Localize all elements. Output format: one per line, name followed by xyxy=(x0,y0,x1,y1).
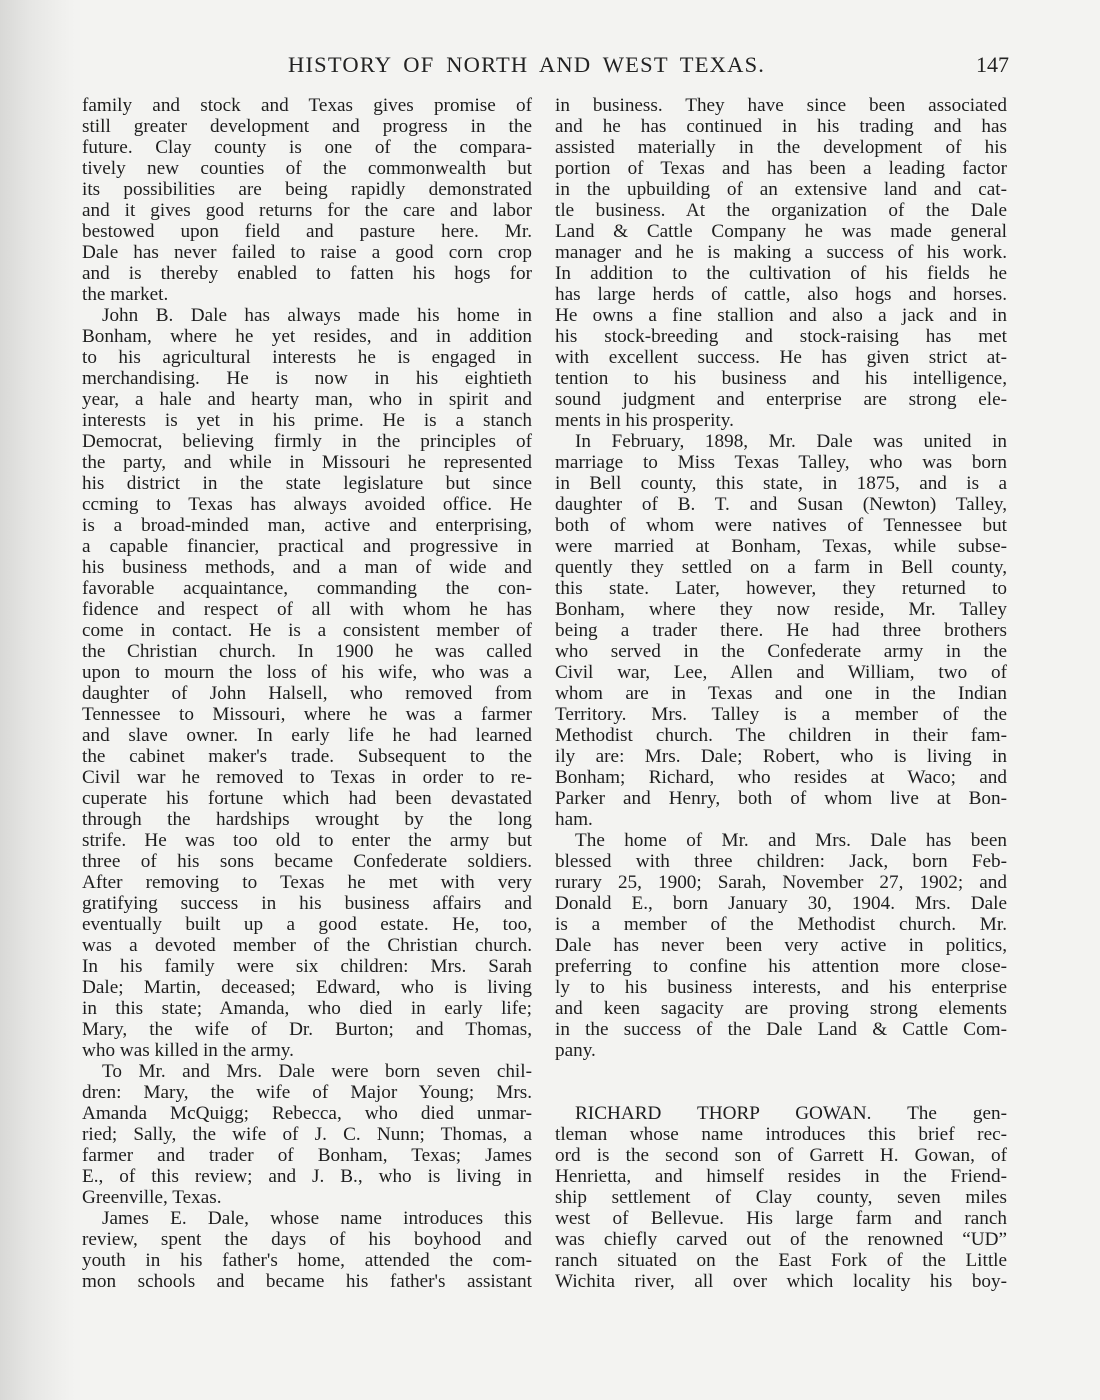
text-line: three of his sons became Confederate sol… xyxy=(82,851,532,872)
text-line: was a devoted member of the Christian ch… xyxy=(82,935,532,956)
left-column: family and stock and Texas gives promise… xyxy=(82,95,532,1292)
text-line: in business. They have since been associ… xyxy=(555,95,1007,116)
text-line: ranch situated on the East Fork of the L… xyxy=(555,1250,1007,1271)
text-line: In February, 1898, Mr. Dale was united i… xyxy=(555,431,1007,452)
text-line: the market. xyxy=(82,284,532,305)
text-line: the party, and while in Missouri he repr… xyxy=(82,452,532,473)
text-line: ham. xyxy=(555,809,1007,830)
text-line: fidence and respect of all with whom he … xyxy=(82,599,532,620)
text-line: Henrietta, and himself resides in the Fr… xyxy=(555,1166,1007,1187)
text-line: were married at Bonham, Texas, while sub… xyxy=(555,536,1007,557)
dale-biography-continued: in business. They have since been associ… xyxy=(555,95,1007,1061)
text-line: and is thereby enabled to fatten his hog… xyxy=(82,263,532,284)
text-line: ried; Sally, the wife of J. C. Nunn; Tho… xyxy=(82,1124,532,1145)
text-line: Dale has never failed to raise a good co… xyxy=(82,242,532,263)
text-line: interests is yet in his prime. He is a s… xyxy=(82,410,532,431)
text-line: quently they settled on a farm in Bell c… xyxy=(555,557,1007,578)
text-line: After removing to Texas he met with very xyxy=(82,872,532,893)
text-line: Dale has never been very active in polit… xyxy=(555,935,1007,956)
right-column: in business. They have since been associ… xyxy=(555,95,1007,1292)
text-line: sound judgment and enterprise are strong… xyxy=(555,389,1007,410)
text-line: Bonham, where they now reside, Mr. Talle… xyxy=(555,599,1007,620)
text-line: dren: Mary, the wife of Major Young; Mrs… xyxy=(82,1082,532,1103)
text-line: ccming to Texas has always avoided offic… xyxy=(82,494,532,515)
text-line: his district in the state legislature bu… xyxy=(82,473,532,494)
text-line: strife. He was too old to enter the army… xyxy=(82,830,532,851)
text-line: family and stock and Texas gives promise… xyxy=(82,95,532,116)
text-line: Tennessee to Missouri, where he was a fa… xyxy=(82,704,532,725)
text-line: Methodist church. The children in their … xyxy=(555,725,1007,746)
text-line: come in contact. He is a consistent memb… xyxy=(82,620,532,641)
text-line: its possibilities are being rapidly demo… xyxy=(82,179,532,200)
text-line: rurary 25, 1900; Sarah, November 27, 190… xyxy=(555,872,1007,893)
text-line: ord is the second son of Garrett H. Gowa… xyxy=(555,1145,1007,1166)
section-break xyxy=(555,1061,1007,1103)
text-line: Greenville, Texas. xyxy=(82,1187,532,1208)
text-line: Wichita river, all over which locality h… xyxy=(555,1271,1007,1292)
text-line: and keen sagacity are proving strong ele… xyxy=(555,998,1007,1019)
text-line: the cabinet maker's trade. Subsequent to… xyxy=(82,746,532,767)
page-number: 147 xyxy=(976,52,1009,78)
text-line: in Bell county, this state, in 1875, and… xyxy=(555,473,1007,494)
text-line: review, spent the days of his boyhood an… xyxy=(82,1229,532,1250)
text-line: eventually built up a good estate. He, t… xyxy=(82,914,532,935)
text-line: bestowed upon field and pasture here. Mr… xyxy=(82,221,532,242)
text-line: mon schools and became his father's assi… xyxy=(82,1271,532,1292)
running-head: HISTORY OF NORTH AND WEST TEXAS. xyxy=(288,52,765,78)
text-line: Amanda McQuigg; Rebecca, who died unmar- xyxy=(82,1103,532,1124)
text-line: RICHARD THORP GOWAN. The gen- xyxy=(555,1103,1007,1124)
text-line: Dale; Martin, deceased; Edward, who is l… xyxy=(82,977,532,998)
text-line: with excellent success. He has given str… xyxy=(555,347,1007,368)
text-line: his business methods, and a man of wide … xyxy=(82,557,532,578)
text-line: Democrat, believing firmly in the princi… xyxy=(82,431,532,452)
scan-gutter-shadow xyxy=(0,0,75,1400)
text-line: to his agricultural interests he is enga… xyxy=(82,347,532,368)
text-line: his stock-breeding and stock-raising has… xyxy=(555,326,1007,347)
text-line: upon to mourn the loss of his wife, who … xyxy=(82,662,532,683)
text-line: Mary, the wife of Dr. Burton; and Thomas… xyxy=(82,1019,532,1040)
text-line: future. Clay county is one of the compar… xyxy=(82,137,532,158)
text-line: in the upbuilding of an extensive land a… xyxy=(555,179,1007,200)
text-line: in the success of the Dale Land & Cattle… xyxy=(555,1019,1007,1040)
text-line: cuperate his fortune which had been deva… xyxy=(82,788,532,809)
text-line: ily are: Mrs. Dale; Robert, who is livin… xyxy=(555,746,1007,767)
text-line: and it gives good returns for the care a… xyxy=(82,200,532,221)
text-line: Bonham; Richard, who resides at Waco; an… xyxy=(555,767,1007,788)
text-line: Civil war, Lee, Allen and William, two o… xyxy=(555,662,1007,683)
text-line: ly to his business interests, and his en… xyxy=(555,977,1007,998)
text-line: He owns a fine stallion and also a jack … xyxy=(555,305,1007,326)
text-line: tively new counties of the commonwealth … xyxy=(82,158,532,179)
gowan-biography: RICHARD THORP GOWAN. The gen-tleman whos… xyxy=(555,1103,1007,1292)
text-line: this state. Later, however, they returne… xyxy=(555,578,1007,599)
text-line: tleman whose name introduces this brief … xyxy=(555,1124,1007,1145)
text-line: To Mr. and Mrs. Dale were born seven chi… xyxy=(82,1061,532,1082)
text-line: was chiefly carved out of the renowned “… xyxy=(555,1229,1007,1250)
text-line: James E. Dale, whose name introduces thi… xyxy=(82,1208,532,1229)
text-line: still greater development and progress i… xyxy=(82,116,532,137)
text-line: In addition to the cultivation of his fi… xyxy=(555,263,1007,284)
text-line: ments in his prosperity. xyxy=(555,410,1007,431)
text-line: a capable financier, practical and progr… xyxy=(82,536,532,557)
text-line: merchandising. He is now in his eightiet… xyxy=(82,368,532,389)
text-line: has large herds of cattle, also hogs and… xyxy=(555,284,1007,305)
text-line: assisted materially in the development o… xyxy=(555,137,1007,158)
text-line: the Christian church. In 1900 he was cal… xyxy=(82,641,532,662)
text-line: Land & Cattle Company he was made genera… xyxy=(555,221,1007,242)
text-line: both of whom were natives of Tennessee b… xyxy=(555,515,1007,536)
text-line: in this state; Amanda, who died in early… xyxy=(82,998,532,1019)
text-line: preferring to confine his attention more… xyxy=(555,956,1007,977)
text-line: whom are in Texas and one in the Indian xyxy=(555,683,1007,704)
text-line: through the hardships wrought by the lon… xyxy=(82,809,532,830)
text-line: daughter of B. T. and Susan (Newton) Tal… xyxy=(555,494,1007,515)
text-line: manager and he is making a success of hi… xyxy=(555,242,1007,263)
text-line: favorable acquaintance, commanding the c… xyxy=(82,578,532,599)
text-line: and he has continued in his trading and … xyxy=(555,116,1007,137)
text-line: and slave owner. In early life he had le… xyxy=(82,725,532,746)
text-line: The home of Mr. and Mrs. Dale has been xyxy=(555,830,1007,851)
text-line: ship settlement of Clay county, seven mi… xyxy=(555,1187,1007,1208)
text-line: daughter of John Halsell, who removed fr… xyxy=(82,683,532,704)
text-line: farmer and trader of Bonham, Texas; Jame… xyxy=(82,1145,532,1166)
text-line: Bonham, where he yet resides, and in add… xyxy=(82,326,532,347)
text-line: Donald E., born January 30, 1904. Mrs. D… xyxy=(555,893,1007,914)
text-line: In his family were six children: Mrs. Sa… xyxy=(82,956,532,977)
text-line: tle business. At the organization of the… xyxy=(555,200,1007,221)
text-line: pany. xyxy=(555,1040,1007,1061)
text-line: youth in his father's home, attended the… xyxy=(82,1250,532,1271)
text-line: Territory. Mrs. Talley is a member of th… xyxy=(555,704,1007,725)
text-line: is a broad-minded man, active and enterp… xyxy=(82,515,532,536)
text-line: who served in the Confederate army in th… xyxy=(555,641,1007,662)
text-line: marriage to Miss Texas Talley, who was b… xyxy=(555,452,1007,473)
text-line: is a member of the Methodist church. Mr. xyxy=(555,914,1007,935)
text-line: E., of this review; and J. B., who is li… xyxy=(82,1166,532,1187)
text-line: gratifying success in his business affai… xyxy=(82,893,532,914)
text-line: Parker and Henry, both of whom live at B… xyxy=(555,788,1007,809)
text-line: being a trader there. He had three broth… xyxy=(555,620,1007,641)
text-line: blessed with three children: Jack, born … xyxy=(555,851,1007,872)
text-line: tention to his business and his intellig… xyxy=(555,368,1007,389)
text-line: who was killed in the army. xyxy=(82,1040,532,1061)
text-line: John B. Dale has always made his home in xyxy=(82,305,532,326)
text-line: portion of Texas and has been a leading … xyxy=(555,158,1007,179)
text-line: west of Bellevue. His large farm and ran… xyxy=(555,1208,1007,1229)
text-line: Civil war he removed to Texas in order t… xyxy=(82,767,532,788)
text-line: year, a hale and hearty man, who in spir… xyxy=(82,389,532,410)
